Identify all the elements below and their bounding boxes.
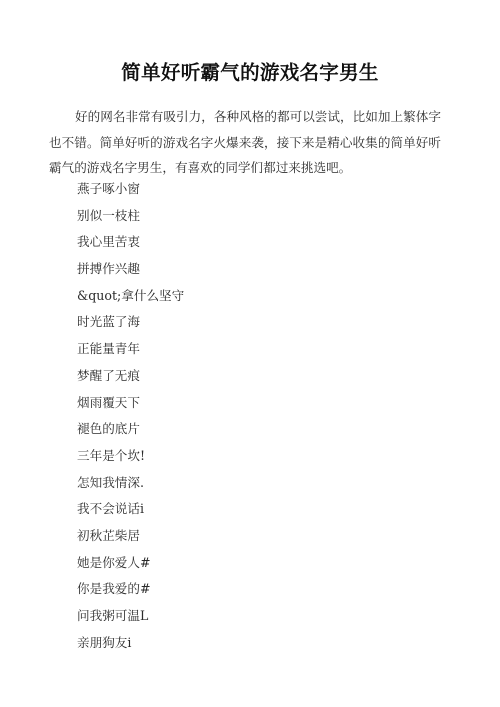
list-item: 三年是个坎! bbox=[77, 443, 184, 470]
list-item: 亲朋狗友i bbox=[77, 630, 184, 657]
list-item: 褪色的底片 bbox=[77, 416, 184, 443]
list-item: 初秋芷柴居 bbox=[77, 523, 184, 550]
list-item: 拼搏作兴趣 bbox=[77, 256, 184, 283]
intro-paragraph: 好的网名非常有吸引力，各种风格的都可以尝试，比如加上繁体字也不错。简单好听的游戏… bbox=[49, 104, 441, 181]
list-item: 别似一枝柱 bbox=[77, 203, 184, 230]
list-item: 我不会说话i bbox=[77, 496, 184, 523]
list-item: 时光蓝了海 bbox=[77, 309, 184, 336]
name-list: 燕子啄小窗 别似一枝柱 我心里苦衷 拼搏作兴趣 &quot;拿什么坚守 时光蓝了… bbox=[77, 176, 184, 656]
list-item: 怎知我情深. bbox=[77, 470, 184, 497]
list-item: 燕子啄小窗 bbox=[77, 176, 184, 203]
list-item: 她是你爱人# bbox=[77, 550, 184, 577]
list-item: 我心里苦衷 bbox=[77, 229, 184, 256]
document-page: 简单好听霸气的游戏名字男生 好的网名非常有吸引力，各种风格的都可以尝试，比如加上… bbox=[0, 0, 500, 707]
page-title: 简单好听霸气的游戏名字男生 bbox=[0, 61, 500, 85]
list-item: 你是我爱的# bbox=[77, 576, 184, 603]
list-item: 问我粥可温L bbox=[77, 603, 184, 630]
list-item: 梦醒了无痕 bbox=[77, 363, 184, 390]
list-item: 烟雨覆天下 bbox=[77, 390, 184, 417]
list-item: 正能量青年 bbox=[77, 336, 184, 363]
list-item: &quot;拿什么坚守 bbox=[77, 283, 184, 310]
